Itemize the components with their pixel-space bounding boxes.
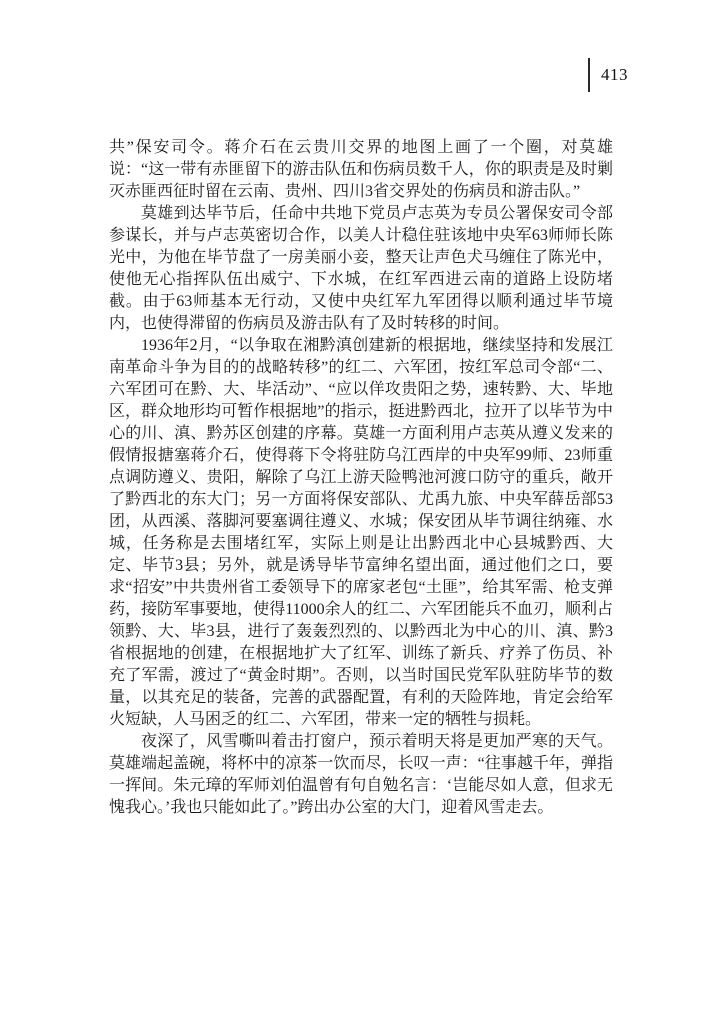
book-page: 413 共”保安司令。蒋介石在云贵川交界的地图上画了一个圈，对莫雄说：“这一带有… xyxy=(0,0,715,1010)
page-number: 413 xyxy=(590,65,628,85)
paragraph-2: 莫雄到达毕节后，任命中共地下党员卢志英为专员公署保安司令部参谋长，并与卢志英密切… xyxy=(109,203,613,335)
paragraph-1: 共”保安司令。蒋介石在云贵川交界的地图上画了一个圈，对莫雄说：“这一带有赤匪留下… xyxy=(109,137,613,203)
page-body: 共”保安司令。蒋介石在云贵川交界的地图上画了一个圈，对莫雄说：“这一带有赤匪留下… xyxy=(109,137,613,819)
paragraph-4: 夜深了，风雪嘶叫着击打窗户，预示着明天将是更加严寒的天气。莫雄端起盖碗，将杯中的… xyxy=(109,731,613,819)
page-header: 413 xyxy=(588,58,628,92)
paragraph-3: 1936年2月，“以争取在湘黔滇创建新的根据地，继续坚持和发展江南革命斗争为目的… xyxy=(109,335,613,731)
